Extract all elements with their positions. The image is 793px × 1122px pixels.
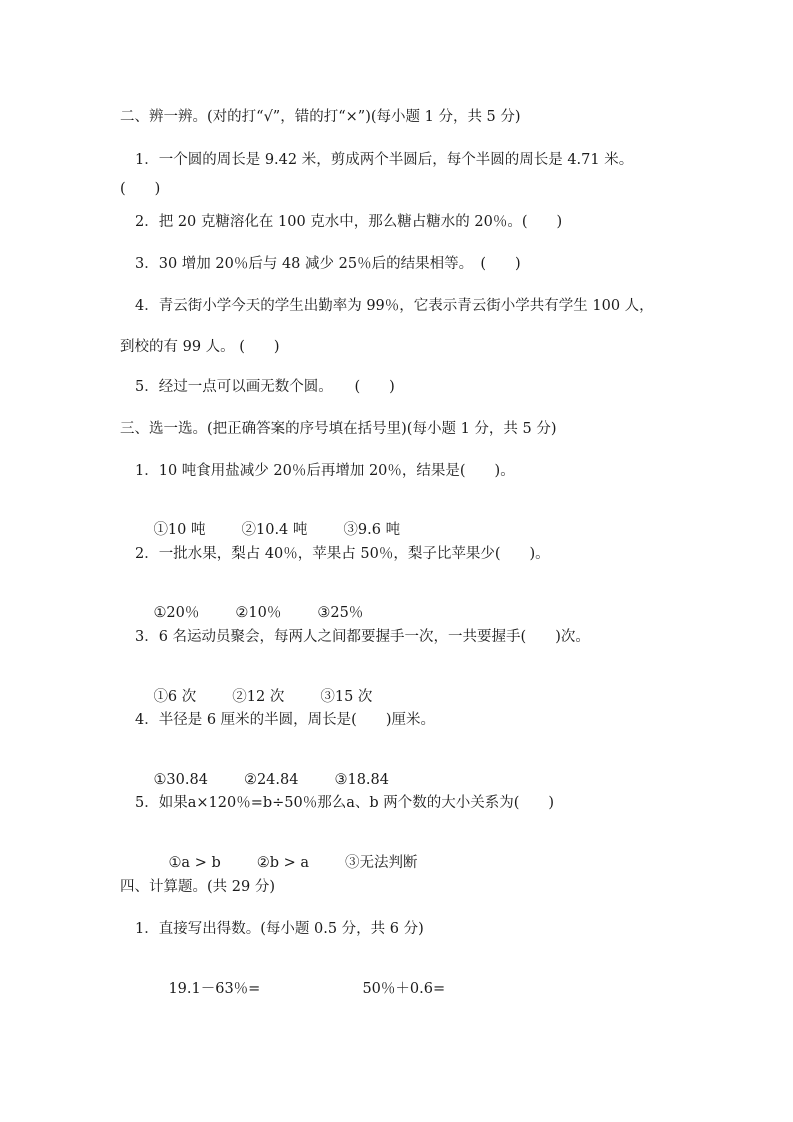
option-1: ①30.84	[153, 771, 208, 789]
tf-question-5: 5．经过一点可以画无数个圆。 ( )	[135, 378, 395, 396]
option-2: ②24.84	[244, 771, 299, 789]
option-1: ①20％	[153, 604, 199, 622]
option-2: ②12 次	[232, 688, 284, 706]
option-2: ②10％	[235, 604, 281, 622]
calc-subsection-1-title: 1．直接写出得数。(每小题 0.5 分，共 6 分)	[135, 920, 424, 938]
option-1: ①a > b	[168, 854, 220, 872]
option-2: ②10.4 吨	[242, 521, 308, 539]
tf-question-1-answer-blank: ( )	[120, 180, 160, 198]
calc-problems-row: 19.1－63％=50％＋0.6=	[150, 962, 445, 1016]
section-4-title: 四、计算题。(共 29 分)	[120, 878, 275, 896]
section-3-title: 三、选一选。(把正确答案的序号填在括号里)(每小题 1 分，共 5 分)	[120, 420, 557, 438]
mc-question-2: 2．一批水果，梨占 40％，苹果占 50％，梨子比苹果少( )。	[135, 545, 550, 563]
tf-question-1: 1．一个圆的周长是 9.42 米，剪成两个半圆后，每个半圆的周长是 4.71 米…	[135, 151, 633, 169]
mc-question-3: 3．6 名运动员聚会，每两人之间都要握手一次，一共要握手( )次。	[135, 628, 590, 646]
option-1: ①6 次	[153, 688, 196, 706]
mc-question-5: 5．如果a×120％=b÷50％那么a、b 两个数的大小关系为( )	[135, 794, 554, 812]
tf-question-4-continued: 到校的有 99 人。 ( )	[120, 338, 280, 356]
option-2: ②b > a	[257, 854, 309, 872]
mc-question-4: 4．半径是 6 厘米的半圆，周长是( )厘米。	[135, 711, 435, 729]
option-3: ③25％	[317, 604, 363, 622]
option-3: ③无法判断	[345, 854, 418, 872]
tf-question-4: 4．青云街小学今天的学生出勤率为 99％，它表示青云街小学共有学生 100 人，	[135, 297, 654, 315]
section-2-title: 二、辨一辨。(对的打“√”，错的打“×”)(每小题 1 分，共 5 分)	[120, 108, 521, 126]
option-3: ③9.6 吨	[343, 521, 400, 539]
tf-question-3: 3．30 增加 20％后与 48 减少 25％后的结果相等。 ( )	[135, 255, 521, 273]
option-1: ①10 吨	[153, 521, 205, 539]
option-3: ③15 次	[320, 688, 372, 706]
mc-question-1: 1．10 吨食用盐减少 20％后再增加 20％，结果是( )。	[135, 462, 515, 480]
tf-question-2: 2．把 20 克糖溶化在 100 克水中，那么糖占糖水的 20％。( )	[135, 213, 562, 231]
option-3: ③18.84	[334, 771, 389, 789]
calc-problem-2: 50％＋0.6=	[362, 980, 445, 998]
calc-problem-1: 19.1－63％=	[168, 980, 362, 998]
